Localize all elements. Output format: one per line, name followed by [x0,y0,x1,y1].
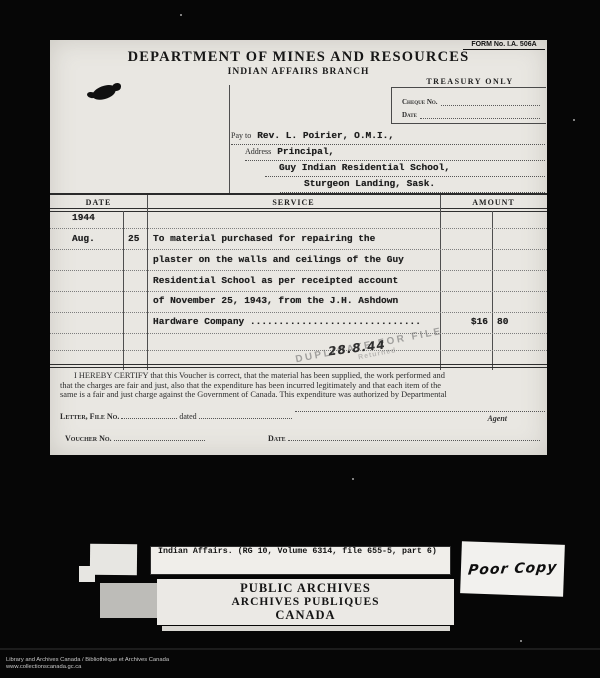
address-label: Address [245,147,271,156]
public-archives-line-2: ARCHIVES PUBLIQUES [157,596,454,609]
row-rule [50,249,547,250]
file-number-row: Letter, File No. dated [60,402,292,421]
pay-to-row: Pay to Rev. L. Poirier, O.M.I., [231,130,545,145]
archive-reference-slip: Indian Affairs. (RG 10, Volume 6314, fil… [150,546,451,575]
address-line-1: Principal, [277,146,334,157]
entry-year: 1944 [72,212,95,223]
public-archives-line-1: PUBLIC ARCHIVES [157,582,454,596]
department-title: DEPARTMENT OF MINES AND RESOURCES [50,49,547,66]
branch-subtitle: INDIAN AFFAIRS BRANCH [50,67,547,77]
amount-dollars: $16 [445,316,488,327]
service-line: of November 25, 1943, from the J.H. Ashd… [153,295,398,306]
header-rule-1 [50,208,547,209]
row-rule [50,270,547,271]
archives-footer-line-2: www.collectionscanada.gc.ca [6,664,169,671]
address-line-3: Sturgeon Landing, Sask. [304,178,435,189]
payee-name: Rev. L. Poirier, O.M.I., [257,130,394,141]
voucher-date-label: Date [268,434,286,443]
row-rule [50,228,547,229]
address-row-3: Sturgeon Landing, Sask. [280,178,545,193]
poor-copy-label: Poor Copy [460,541,565,597]
form-divider-line [229,85,230,193]
treasury-date-field: Date [402,106,540,119]
ink-blot-splash [112,83,121,91]
certification-line-1: I HEREBY CERTIFY that this Voucher is co… [60,371,445,381]
cheque-no-blank [441,98,540,106]
scan-speck [180,14,182,16]
scan-speck [573,119,575,121]
paper-scrap-small [79,566,95,582]
cheque-no-field: Cheque No. [402,93,540,106]
public-archives-line-3: CANADA [157,609,454,623]
address-row: Address Principal, [245,146,545,161]
service-table: DATE SERVICE AMOUNT 1944 Aug. 25 To mate… [50,193,547,370]
scan-speck [520,640,522,642]
public-archives-stamp: PUBLIC ARCHIVES ARCHIVES PUBLIQUES CANAD… [157,579,454,625]
archive-reference-text: Indian Affairs. (RG 10, Volume 6314, fil… [151,547,450,556]
treasury-box: Cheque No. Date [391,87,546,124]
agent-signature-line [295,402,545,412]
archives-footer: Library and Archives Canada / Bibliothèq… [6,657,169,671]
service-column-header: SERVICE [147,198,440,207]
entry-month: Aug. [72,233,95,244]
paper-scrap [90,544,137,575]
voucher-no-row: Voucher No. [65,424,205,443]
row-rule [50,312,547,313]
voucher-no-blank [114,424,205,441]
poor-copy-note: Poor Copy [467,559,558,578]
service-line: Residential School as per receipted acco… [153,275,398,286]
treasury-heading: TREASURY ONLY [395,77,545,86]
service-line: To material purchased for repairing the [153,233,375,244]
voucher-date-blank [288,424,540,441]
file-number-label: Letter, File No. [60,412,119,421]
amount-column-header: AMOUNT [440,198,547,207]
service-line: Hardware Company .......................… [153,316,421,327]
row-rule [50,333,547,334]
row-rule [50,291,547,292]
agent-label: Agent [295,414,545,423]
dated-blank [199,402,292,419]
scan-speck [352,478,354,480]
scanned-page: { "colors": { "background": "#060606", "… [0,0,600,678]
voucher-date-row: Date [268,424,540,443]
paper-sliver [162,626,450,631]
entry-day: 25 [128,233,139,244]
cheque-no-label: Cheque No. [402,98,438,106]
row-rule [50,350,547,351]
dated-label: dated [179,412,196,421]
treasury-date-label: Date [402,111,417,119]
scan-edge-line [0,648,600,650]
gray-patch [100,583,160,618]
header-rule-2 [50,211,547,212]
amount-cents: 80 [497,316,508,327]
voucher-no-label: Voucher No. [65,434,112,443]
archives-footer-line-1: Library and Archives Canada / Bibliothèq… [6,657,169,664]
address-line-2: Guy Indian Residential School, [279,162,450,173]
table-vline-date-service [147,195,148,370]
treasury-date-blank [420,111,540,119]
file-number-blank [121,402,177,419]
date-column-header: DATE [50,198,147,207]
service-line: plaster on the walls and ceilings of the… [153,254,404,265]
pay-to-label: Pay to [231,131,251,140]
address-row-2: Guy Indian Residential School, [265,162,545,177]
voucher-document: FORM No. I.A. 506A DEPARTMENT OF MINES A… [50,40,547,455]
certification-line-3: same is a fair and just charge against t… [60,390,447,400]
